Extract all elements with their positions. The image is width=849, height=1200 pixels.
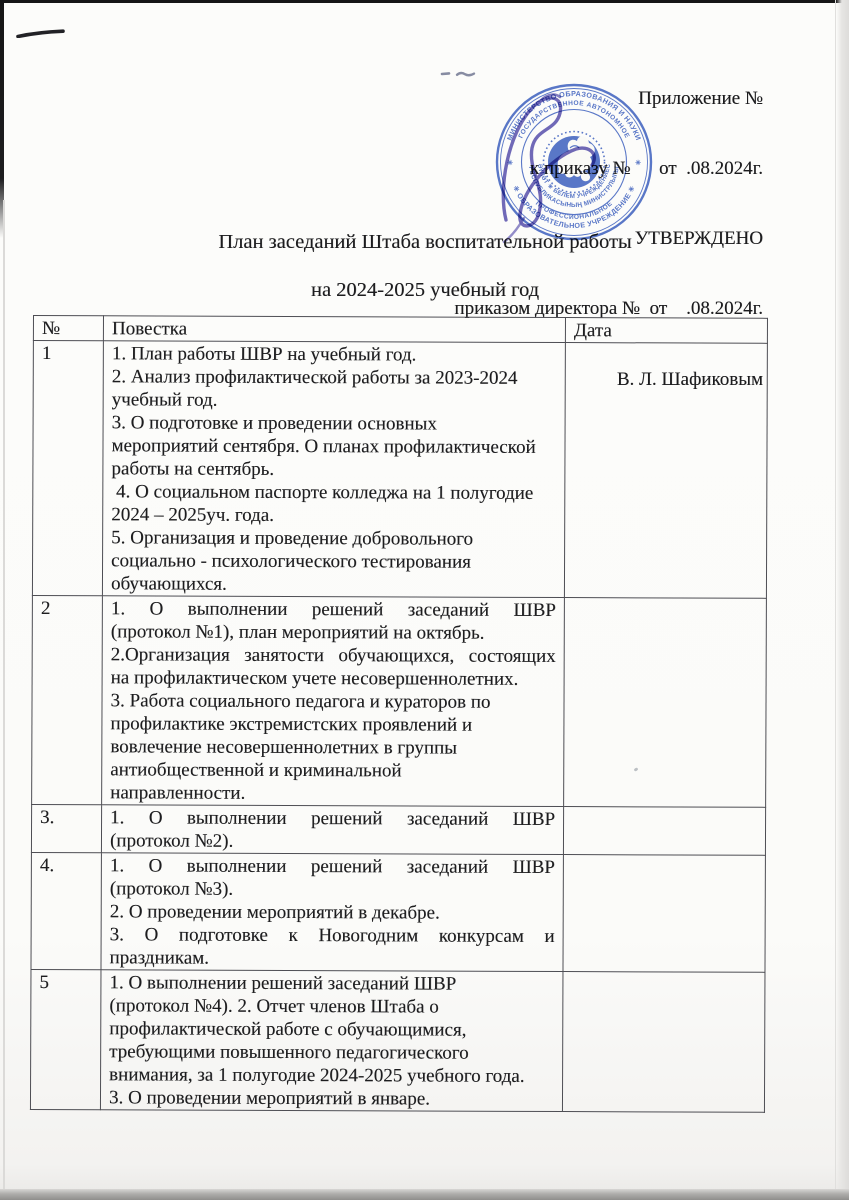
scan-edge-right bbox=[835, 0, 849, 1200]
agenda-cell: 1. О выполнении решений заседаний ШВР(пр… bbox=[100, 970, 563, 1112]
table-row: 51. О выполнении решений заседаний ШВР(п… bbox=[30, 969, 765, 1112]
agenda-line: 1. О выполнении решений заседаний ШВР bbox=[111, 597, 556, 622]
agenda-line: обучающихся. bbox=[111, 572, 556, 597]
date-cell bbox=[562, 972, 765, 1113]
agenda-cell: 1. О выполнении решений заседаний ШВР(пр… bbox=[101, 853, 563, 972]
row-number-cell: 5 bbox=[30, 969, 101, 1109]
agenda-line: мероприятий сентября. О планах профилакт… bbox=[111, 434, 556, 459]
scan-edge-bottom bbox=[0, 1189, 849, 1200]
agenda-line: 1. О выполнении решений заседаний ШВР bbox=[110, 806, 555, 831]
agenda-line: 1. О выполнении решений заседаний ШВР bbox=[110, 854, 555, 879]
scan-edge-top bbox=[0, 0, 849, 3]
date-cell bbox=[563, 855, 765, 973]
row-number-cell: 4. bbox=[31, 852, 101, 969]
agenda-line: 2.Организация занятости обучающихся, сос… bbox=[111, 643, 556, 668]
agenda-cell: 1. План работы ШВР на учебный год.2. Ана… bbox=[102, 341, 565, 598]
agenda-line: 2. О проведении мероприятий в декабре. bbox=[110, 900, 555, 925]
agenda-line: 5. Организация и проведение добровольног… bbox=[111, 526, 556, 551]
agenda-line: (протокол №4). 2. Отчет членов Штаба о bbox=[109, 994, 554, 1019]
scan-edge-left-faint bbox=[3, 200, 5, 1190]
agenda-line: на профилактическом учете несовершенноле… bbox=[111, 666, 556, 691]
date-cell bbox=[563, 807, 765, 856]
signature-icon bbox=[478, 68, 638, 248]
agenda-line: 1. План работы ШВР на учебный год. bbox=[112, 342, 557, 367]
agenda-line: 1. О выполнении решений заседаний ШВР bbox=[109, 971, 554, 996]
header-agenda: Повестка bbox=[103, 316, 565, 343]
agenda-line: (протокол №3). bbox=[110, 877, 555, 902]
agenda-line: 3. О подготовке к Новогодним конкурсам и bbox=[110, 923, 555, 948]
agenda-line: 2. Анализ профилактической работы за 202… bbox=[112, 365, 557, 390]
pen-mark-icon bbox=[16, 29, 66, 38]
header-date: Дата bbox=[565, 318, 767, 344]
agenda-line: социально - психологического тестировани… bbox=[111, 549, 556, 574]
agenda-line: требующими повышенного педагогического bbox=[109, 1040, 554, 1065]
agenda-line: работы на сентябрь. bbox=[111, 457, 556, 482]
agenda-line: праздникам. bbox=[109, 946, 554, 971]
table-row: 21. О выполнении решений заседаний ШВР(п… bbox=[32, 595, 767, 807]
agenda-table-body: 11. План работы ШВР на учебный год.2. Ан… bbox=[30, 341, 767, 1113]
row-number-cell: 1 bbox=[32, 341, 103, 596]
document-subtitle: на 2024-2025 учебный год bbox=[58, 279, 792, 302]
table-header-row: № Повестка Дата bbox=[33, 316, 767, 344]
agenda-line: антиобщественной и криминальной bbox=[110, 758, 555, 783]
table-row: 3.1. О выполнении решений заседаний ШВР(… bbox=[31, 804, 765, 855]
table-row: 11. План работы ШВР на учебный год.2. Ан… bbox=[32, 341, 767, 599]
agenda-line: направленности. bbox=[110, 781, 555, 806]
agenda-line: 3. О проведении мероприятий в январе. bbox=[109, 1086, 554, 1111]
agenda-line: (протокол №1), план мероприятий на октяб… bbox=[111, 620, 556, 645]
agenda-line: внимания, за 1 полугодие 2024-2025 учебн… bbox=[109, 1063, 554, 1088]
table-row: 4.1. О выполнении решений заседаний ШВР(… bbox=[31, 852, 765, 972]
agenda-cell: 1. О выполнении решений заседаний ШВР(пр… bbox=[102, 596, 565, 807]
agenda-line: профилактике экстремистских проявлений и bbox=[110, 712, 555, 737]
document-title: План заседаний Штаба воспитательной рабо… bbox=[58, 231, 792, 254]
agenda-line: 2024 – 2025уч. года. bbox=[111, 503, 556, 528]
row-number-cell: 2 bbox=[32, 595, 103, 804]
agenda-line: 3. Работа социального педагога и куратор… bbox=[110, 689, 555, 714]
date-cell bbox=[564, 598, 767, 808]
meetings-plan-table: № Повестка Дата 11. План работы ШВР на у… bbox=[30, 315, 768, 1113]
agenda-line: профилактической работе с обучающимися, bbox=[109, 1017, 554, 1042]
agenda-line: (протокол №2). bbox=[110, 829, 555, 854]
agenda-line: учебный год. bbox=[112, 388, 557, 413]
row-number-cell: 3. bbox=[31, 804, 101, 852]
header-number: № bbox=[33, 316, 103, 341]
scanned-document-page: Приложение № к приказу № от .08.2024г. У… bbox=[0, 0, 849, 1200]
date-cell bbox=[564, 343, 767, 599]
agenda-cell: 1. О выполнении решений заседаний ШВР(пр… bbox=[101, 805, 563, 855]
agenda-line: 3. О подготовке и проведении основных bbox=[112, 411, 557, 436]
agenda-line: 4. О социальном паспорте колледжа на 1 п… bbox=[111, 480, 556, 505]
agenda-line: вовлечение несовершеннолетних в группы bbox=[110, 735, 555, 760]
